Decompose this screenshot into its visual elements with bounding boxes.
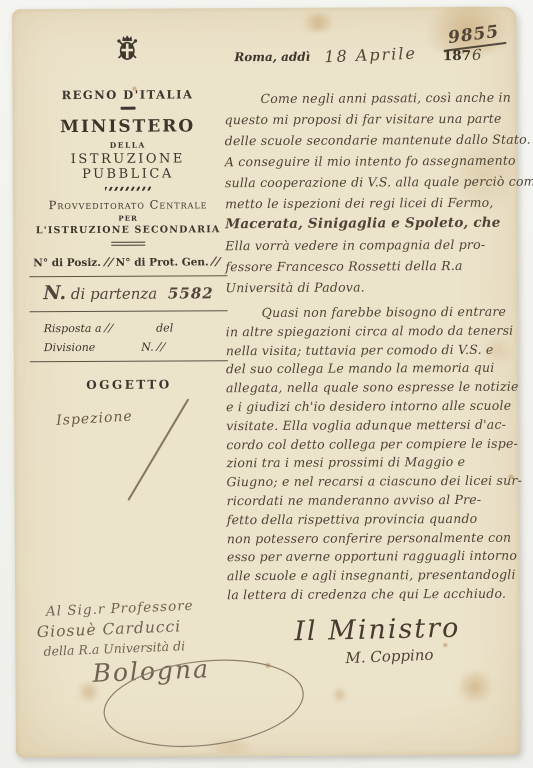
horizontal-rule	[30, 310, 228, 312]
handwritten-line: zioni tra i mesi prossimi di Maggio e	[226, 453, 526, 473]
handwritten-line: Giugno; e nel recarsi a ciascuno dei lic…	[226, 472, 526, 492]
handwritten-line: questo mi proposi di far visitare una pa…	[225, 108, 525, 131]
handwritten-line: e i giudizi ch'io desidero intorno alle …	[226, 397, 526, 417]
department-title: ISTRUZIONE PUBBLICA	[29, 151, 227, 182]
number-value: //	[156, 339, 166, 354]
handwritten-line: Ella vorrà vedere in compagnia del pro-	[225, 234, 525, 257]
handwritten-line: Macerata, Sinigaglia e Spoleto, che	[225, 213, 525, 236]
protocol-label: N° di Prot. Gen.	[116, 256, 209, 268]
handwritten-line: Quasi non farebbe bisogno di entrare	[226, 303, 526, 323]
recipient-block: Al Sig.r Professore Giosuè Carducci dell…	[32, 597, 211, 690]
letterhead: REGNO D'ITALIA MINISTERO DELLA ISTRUZION…	[28, 26, 228, 425]
ministry-della: DELLA	[29, 140, 227, 150]
signature-block: Il Ministro M. Coppino	[227, 613, 527, 666]
handwritten-line: la lettera di credenza che qui Le acchiu…	[227, 585, 527, 605]
handwritten-line: delle scuole secondarie mantenute dallo …	[225, 129, 525, 152]
reply-row: Risposta a // del	[30, 320, 228, 335]
handwritten-line: esso per averne opportuni ragguagli into…	[227, 547, 527, 567]
division-row: Divisione N. //	[30, 339, 228, 354]
reply-value: //	[104, 320, 114, 335]
number-label: N.	[141, 341, 153, 354]
departure-label: di partenza	[71, 285, 157, 303]
letter-body: Come negli anni passati, così anche inqu…	[224, 87, 527, 666]
scan-background: 9855 Roma, addì 18 Aprile 187 6 REG	[0, 0, 533, 768]
horizontal-rule	[29, 275, 227, 277]
office-per: PER	[29, 213, 227, 223]
handwritten-line: fessore Francesco Rossetti della R.a	[225, 255, 525, 278]
handwritten-line: in altre spiegazioni circa al modo da te…	[226, 321, 526, 341]
departure-n: N.	[43, 282, 66, 304]
handwritten-line: Università di Padova.	[225, 276, 525, 299]
divider-ornament	[120, 107, 135, 110]
protocol-value: //	[211, 254, 222, 269]
handwritten-line: ricordati ne manderanno avviso al Pre-	[227, 491, 527, 511]
handwritten-line: alle scuole e agli insegnanti, presentan…	[227, 566, 527, 586]
office-branch: L'ISTRUZIONE SECONDARIA	[29, 224, 227, 236]
stain	[331, 688, 349, 702]
handwritten-line: nella visita; tuttavia per comodo di V.S…	[226, 340, 526, 360]
division-label: Divisione	[44, 341, 96, 354]
divider-ornament	[111, 242, 145, 246]
handwritten-line: Come negli anni passati, così anche in	[224, 87, 524, 110]
handwritten-line: allegata, nella quale sono espresse le n…	[226, 378, 526, 398]
handwritten-line: cordo col detto collega per compiere le …	[226, 434, 526, 454]
departure-number: 5582	[168, 284, 214, 302]
handwritten-line: fetto della rispettiva provincia quando	[227, 509, 527, 529]
handwritten-line: del suo collega Le mando la memoria qui	[226, 359, 526, 379]
subject-value: Ispezione	[30, 403, 229, 430]
position-protocol-row: N° di Posiz. // N° di Prot. Gen. //	[29, 254, 227, 269]
handwritten-line: sulla cooperazione di V.S. alla quale pe…	[225, 171, 525, 194]
departure-number-line: N. di partenza 5582	[29, 281, 227, 304]
reply-label: Risposta a	[44, 322, 102, 335]
handwritten-line: metto le ispezioni dei regi licei di Fer…	[225, 192, 525, 215]
stain	[196, 740, 266, 754]
recipient-line-4: Bologna	[34, 654, 211, 690]
letter-paper: 9855 Roma, addì 18 Aprile 187 6 REG	[12, 7, 520, 758]
handwritten-line: visitate. Ella voglia adunque mettersi d…	[226, 415, 526, 435]
dateline-place-label: Roma, addì	[234, 50, 310, 64]
dateline-printed-year: 187	[443, 48, 471, 64]
dateline-year-digit: 6	[472, 46, 482, 64]
position-label: N° di Posiz.	[33, 257, 101, 269]
body-paragraph-1: Come negli anni passati, così anche inqu…	[224, 87, 525, 299]
ministry-title: MINISTERO	[29, 116, 227, 137]
savoy-coat-of-arms-icon	[112, 33, 142, 66]
dateline: Roma, addì 18 Aprile 187 6	[234, 45, 481, 65]
handwritten-line: A conseguire il mio intento fo assegname…	[225, 150, 525, 173]
del-label: del	[156, 321, 173, 334]
office-title: Provveditorato Centrale	[29, 197, 227, 212]
dateline-handwritten-date: 18 Aprile	[324, 44, 417, 67]
subject-label: OGGETTO	[30, 377, 228, 392]
stain	[454, 671, 496, 703]
horizontal-rule	[30, 360, 228, 362]
stain	[297, 14, 339, 32]
divider-ornament	[105, 187, 151, 191]
kingdom-title: REGNO D'ITALIA	[28, 87, 226, 102]
handwritten-line: non potessero conferire personalmente co…	[227, 528, 527, 548]
body-paragraph-2: Quasi non farebbe bisogno di entrarein a…	[226, 303, 528, 605]
position-value: //	[103, 254, 114, 269]
